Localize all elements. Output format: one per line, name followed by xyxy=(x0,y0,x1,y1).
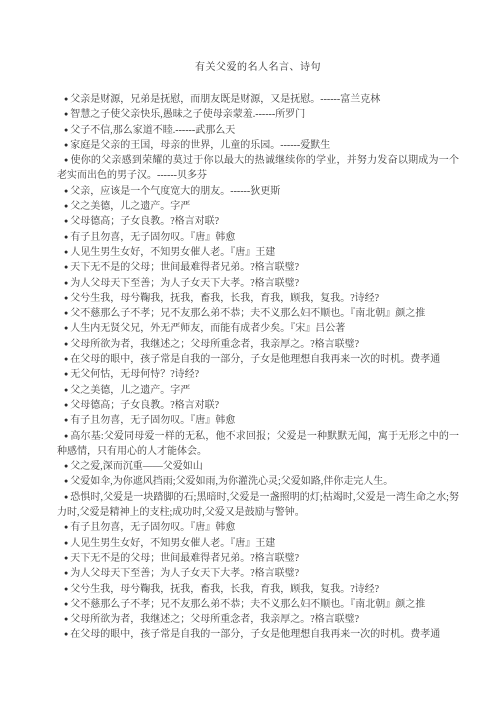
bullet-icon: ● xyxy=(64,627,68,642)
bullet-icon: ● xyxy=(64,612,68,627)
quote-item: ●父不慈那么子不孝；兄不友那么弟不恭；夫不义那么妇不顺也。『南北朝』颜之推 xyxy=(57,306,459,321)
quote-item: ●父兮生我，母兮鞠我，抚我，畜我，长我，育我，顾我，复我。?诗经? xyxy=(57,291,459,306)
quote-text: 人见生男生女好，不知男女催人老。『唐』王建 xyxy=(70,538,275,549)
quote-item: ●有子且勿喜，无子固勿叹。『唐』韩愈 xyxy=(57,230,459,245)
bullet-icon: ● xyxy=(64,459,68,474)
quote-text: 家庭是父亲的王国，母亲的世界，儿童的乐园。------爱默生 xyxy=(70,140,330,151)
quote-item: ●人见生男生女好，不知男女催人老。『唐』王建 xyxy=(57,245,459,260)
quote-item: ●父母所欲为者，我继述之；父母所重念者，我亲厚之。?格言联璧? xyxy=(57,612,459,627)
quote-text: 父母德高；子女良教。?格言对联? xyxy=(70,400,219,411)
quote-text: 父之美德，儿之遗产。字严 xyxy=(70,201,190,212)
quote-text: 父母所欲为者，我继述之；父母所重念者，我亲厚之。?格言联璧? xyxy=(70,614,359,625)
bullet-icon: ● xyxy=(64,367,68,382)
quote-text: 为人父母天下至善；为人子女天下大孝。?格言联璧? xyxy=(70,568,299,579)
quote-text: 使你的父亲感到荣耀的莫过于你以最大的热诚继续你的学业，并努力发奋以期成为一个老实… xyxy=(57,155,459,181)
quote-item: ●父爱如伞,为你遮风挡雨;父爱如雨,为你灌洗心灵;父爱如路,伴你走完人生。 xyxy=(57,474,459,489)
quote-text: 父母所欲为者，我继述之；父母所重念者，我亲厚之。?格言联璧? xyxy=(70,339,359,350)
quote-text: 在父母的眼中，孩子常是自我的一部分，子女是他理想自我再来一次的时机。费孝通 xyxy=(70,629,440,640)
bullet-icon: ● xyxy=(64,123,68,138)
quote-item: ●无父何怙，无母何恃？?诗经? xyxy=(57,367,459,382)
quote-item: ●父不慈那么子不孝；兄不友那么弟不恭；夫不义那么妇不顺也。『南北朝』颜之推 xyxy=(57,597,459,612)
quote-text: 父子不信,那么家道不睦.------武那么天 xyxy=(70,125,235,136)
quote-text: 恐惧时,父爱是一块踏脚的石;黑暗时,父爱是一盏照明的灯;枯竭时,父爱是一湾生命之… xyxy=(57,492,459,518)
bullet-icon: ● xyxy=(64,321,68,336)
quote-text: 有子且勿喜，无子固勿叹。『唐』韩愈 xyxy=(70,415,235,426)
quote-item: ●天下无不是的父母；世间最难得者兄弟。?格言联璧? xyxy=(57,260,459,275)
quote-item: ●有子且勿喜，无子固勿叹。『唐』韩愈 xyxy=(57,520,459,535)
quote-item: ●家庭是父亲的王国，母亲的世界，儿童的乐园。------爱默生 xyxy=(57,138,459,153)
bullet-icon: ● xyxy=(64,291,68,306)
quote-item: ●高尔基:父爱同母爱一样的无私，他不求回报；父爱是一种默默无闻，寓于无形之中的一… xyxy=(57,429,459,460)
bullet-icon: ● xyxy=(64,566,68,581)
bullet-icon: ● xyxy=(64,490,68,505)
bullet-icon: ● xyxy=(64,138,68,153)
bullet-icon: ● xyxy=(64,306,68,321)
quote-item: ●父亲，应该是一个气度宽大的朋友。------狄更斯 xyxy=(57,184,459,199)
bullet-icon: ● xyxy=(64,383,68,398)
quote-item: ●父亲是财源，兄弟是抚慰，而朋友既是财源，又是抚慰。------富兰克林 xyxy=(57,92,459,107)
quote-item: ●人见生男生女好，不知男女催人老。『唐』王建 xyxy=(57,536,459,551)
quote-item: ●父母所欲为者，我继述之；父母所重念者，我亲厚之。?格言联璧? xyxy=(57,337,459,352)
quote-text: 父兮生我，母兮鞠我，抚我，畜我，长我，育我，顾我，复我。?诗经? xyxy=(70,584,379,595)
bullet-icon: ● xyxy=(64,582,68,597)
quote-text: 父兮生我，母兮鞠我，抚我，畜我，长我，育我，顾我，复我。?诗经? xyxy=(70,293,379,304)
quote-item: ●父母德高；子女良教。?格言对联? xyxy=(57,214,459,229)
quote-item: ●父子不信,那么家道不睦.------武那么天 xyxy=(57,123,459,138)
bullet-icon: ● xyxy=(64,597,68,612)
quote-item: ●智慧之子使父亲快乐,愚昧之子使母亲蒙羞.------所罗门 xyxy=(57,107,459,122)
quote-text: 父不慈那么子不孝；兄不友那么弟不恭；夫不义那么妇不顺也。『南北朝』颜之推 xyxy=(70,308,425,319)
quote-text: 智慧之子使父亲快乐,愚昧之子使母亲蒙羞.------所罗门 xyxy=(70,109,305,120)
quote-item: ●恐惧时,父爱是一块踏脚的石;黑暗时,父爱是一盏照明的灯;枯竭时,父爱是一湾生命… xyxy=(57,490,459,521)
quote-item: ●为人父母天下至善；为人子女天下大孝。?格言联璧? xyxy=(57,566,459,581)
quote-item: ●父母德高；子女良教。?格言对联? xyxy=(57,398,459,413)
page-title: 有关父爱的名人名言、诗句 xyxy=(57,61,459,74)
quote-text: 人生内无贤父兄，外无严师友，而能有成者少矣。『宋』吕公著 xyxy=(70,323,345,334)
bullet-icon: ● xyxy=(64,276,68,291)
bullet-icon: ● xyxy=(64,199,68,214)
quote-text: 父爱如伞,为你遮风挡雨;父爱如雨,为你灌洗心灵;父爱如路,伴你走完人生。 xyxy=(70,476,393,487)
quote-text: 无父何怙，无母何恃？?诗经? xyxy=(70,369,199,380)
bullet-icon: ● xyxy=(64,474,68,489)
quote-item: ●在父母的眼中，孩子常是自我的一部分，子女是他理想自我再来一次的时机。费孝通 xyxy=(57,352,459,367)
quote-text: 天下无不是的父母；世间最难得者兄弟。?格言联璧? xyxy=(70,262,299,273)
quote-text: 有子且勿喜，无子固勿叹。『唐』韩愈 xyxy=(70,522,235,533)
quote-text: 父亲是财源，兄弟是抚慰，而朋友既是财源，又是抚慰。------富兰克林 xyxy=(70,94,380,105)
bullet-icon: ● xyxy=(64,92,68,107)
quote-item: ●人生内无贤父兄，外无严师友，而能有成者少矣。『宋』吕公著 xyxy=(57,321,459,336)
quote-item: ●有子且勿喜，无子固勿叹。『唐』韩愈 xyxy=(57,413,459,428)
bullet-icon: ● xyxy=(64,214,68,229)
quote-item: ●父之美德，儿之遗产。字严 xyxy=(57,199,459,214)
bullet-icon: ● xyxy=(64,520,68,535)
bullet-icon: ● xyxy=(64,230,68,245)
quote-text: 父母德高；子女良教。?格言对联? xyxy=(70,216,219,227)
quote-item: ●父兮生我，母兮鞠我，抚我，畜我，长我，育我，顾我，复我。?诗经? xyxy=(57,582,459,597)
quote-item: ●父之爱,深而沉重——父爱如山 xyxy=(57,459,459,474)
quote-text: 父之美德，儿之遗产。字严 xyxy=(70,385,190,396)
bullet-icon: ● xyxy=(64,337,68,352)
bullet-icon: ● xyxy=(64,153,68,168)
bullet-icon: ● xyxy=(64,413,68,428)
bullet-icon: ● xyxy=(64,107,68,122)
bullet-icon: ● xyxy=(64,352,68,367)
quote-text: 为人父母天下至善；为人子女天下大孝。?格言联璧? xyxy=(70,278,299,289)
quote-text: 有子且勿喜，无子固勿叹。『唐』韩愈 xyxy=(70,232,235,243)
quote-list: ●父亲是财源，兄弟是抚慰，而朋友既是财源，又是抚慰。------富兰克林●智慧之… xyxy=(57,92,459,643)
quote-item: ●在父母的眼中，孩子常是自我的一部分，子女是他理想自我再来一次的时机。费孝通 xyxy=(57,627,459,642)
bullet-icon: ● xyxy=(64,398,68,413)
quote-text: 父之爱,深而沉重——父爱如山 xyxy=(70,461,203,472)
quote-text: 父不慈那么子不孝；兄不友那么弟不恭；夫不义那么妇不顺也。『南北朝』颜之推 xyxy=(70,599,425,610)
quote-item: ●父之美德，儿之遗产。字严 xyxy=(57,383,459,398)
bullet-icon: ● xyxy=(64,536,68,551)
quote-item: ●为人父母天下至善；为人子女天下大孝。?格言联璧? xyxy=(57,276,459,291)
bullet-icon: ● xyxy=(64,429,68,444)
quote-item: ●天下无不是的父母；世间最难得者兄弟。?格言联璧? xyxy=(57,551,459,566)
quote-text: 高尔基:父爱同母爱一样的无私，他不求回报；父爱是一种默默无闻，寓于无形之中的一种… xyxy=(57,431,459,457)
document-page: 有关父爱的名人名言、诗句 ●父亲是财源，兄弟是抚慰，而朋友既是财源，又是抚慰。-… xyxy=(0,0,500,707)
quote-text: 在父母的眼中，孩子常是自我的一部分，子女是他理想自我再来一次的时机。费孝通 xyxy=(70,354,440,365)
bullet-icon: ● xyxy=(64,184,68,199)
bullet-icon: ● xyxy=(64,260,68,275)
quote-text: 天下无不是的父母；世间最难得者兄弟。?格言联璧? xyxy=(70,553,299,564)
quote-text: 父亲，应该是一个气度宽大的朋友。------狄更斯 xyxy=(70,186,280,197)
bullet-icon: ● xyxy=(64,245,68,260)
bullet-icon: ● xyxy=(64,551,68,566)
quote-text: 人见生男生女好，不知男女催人老。『唐』王建 xyxy=(70,247,275,258)
quote-item: ●使你的父亲感到荣耀的莫过于你以最大的热诚继续你的学业，并努力发奋以期成为一个老… xyxy=(57,153,459,184)
